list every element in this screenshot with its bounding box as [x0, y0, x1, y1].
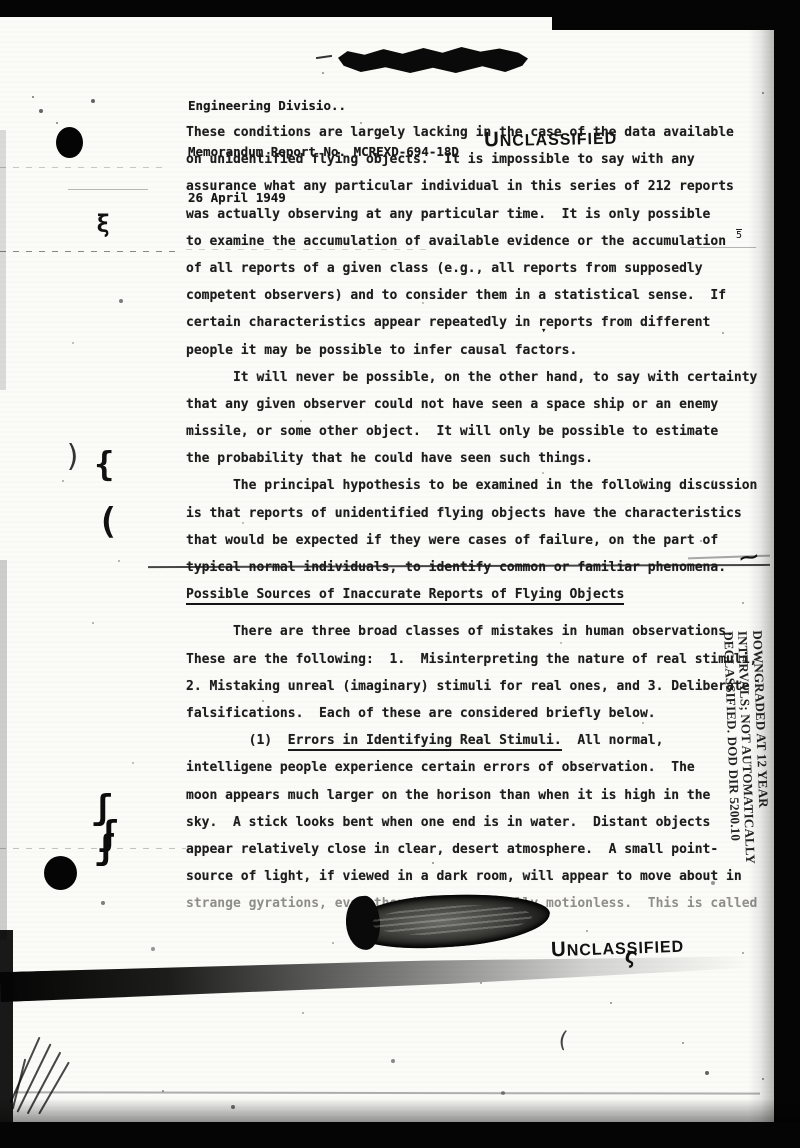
- text-line: source of light, if viewed in a dark roo…: [186, 863, 782, 890]
- text-line: that any given observer could not have s…: [186, 391, 782, 418]
- text-line: assurance what any particular individual…: [186, 173, 782, 200]
- punch-hole-bottom: [44, 856, 77, 890]
- text-line: intelligene people experience certain er…: [186, 754, 782, 781]
- text-line: There are three broad classes of mistake…: [186, 618, 782, 645]
- right-black-edge: [774, 0, 800, 1148]
- paragraph-4: There are three broad classes of mistake…: [186, 618, 782, 727]
- text-line: The principal hypothesis to be examined …: [186, 472, 782, 499]
- crease-line-right: [690, 247, 756, 248]
- item-1-line: (1) Errors in Identifying Real Stimuli. …: [186, 727, 782, 754]
- crease-line-3b: [186, 249, 426, 250]
- text-line: to examine the accumulation of available…: [186, 228, 782, 255]
- item-1-heading: Errors in Identifying Real Stimuli.: [288, 733, 562, 751]
- header-division: Engineering Divisio..: [188, 98, 459, 113]
- text-line: These conditions are largely lacking in …: [186, 119, 782, 146]
- text-line: competent observers) and to consider the…: [186, 282, 782, 309]
- text-line: These are the following: 1. Misinterpret…: [186, 646, 782, 673]
- text-line: the probability that he could have seen …: [186, 445, 782, 472]
- margin-ink-squiggle: ʃ: [92, 788, 112, 828]
- text-line: certain characteristics appear repeatedl…: [186, 309, 782, 336]
- crease-line-4: [0, 848, 186, 849]
- text-line: appear relatively close in clear, desert…: [186, 836, 782, 863]
- text-line: falsifications. Each of these are consid…: [186, 700, 782, 727]
- margin-paren-left-mark: (: [97, 504, 119, 540]
- text-line: sky. A stick looks bent when one end is …: [186, 809, 782, 836]
- paragraph-1: These conditions are largely lacking in …: [186, 119, 782, 364]
- text-line: that would be expected if they were case…: [186, 527, 782, 554]
- scanned-document-page: Engineering Divisio.. Memorandum Report …: [0, 0, 800, 1148]
- left-edge-shade-top: [0, 130, 6, 390]
- item-1-rest: All normal,: [562, 733, 664, 748]
- section-heading: Possible Sources of Inaccurate Reports o…: [186, 587, 624, 605]
- top-black-edge-right: [552, 0, 800, 30]
- text-line: 2. Mistaking unreal (imaginary) stimuli …: [186, 673, 782, 700]
- bottom-edge-fade: [0, 1098, 800, 1124]
- text-line: is that reports of unidentified flying o…: [186, 500, 782, 527]
- superscript-5-mark: 5: [736, 229, 742, 241]
- memo-body-text: These conditions are largely lacking in …: [186, 119, 782, 917]
- paragraph-5: intelligene people experience certain er…: [186, 754, 782, 890]
- left-edge-shade-mid: [0, 560, 7, 940]
- text-line: missile, or some other object. It will o…: [186, 418, 782, 445]
- text-line: moon appears much larger on the horison …: [186, 782, 782, 809]
- right-edge-fringe: [748, 0, 776, 1148]
- crease-line-1: [0, 167, 166, 168]
- text-line: on unidentified flying objects. It is im…: [186, 146, 782, 173]
- text-line: It will never be possible, on the other …: [186, 364, 782, 391]
- margin-paren-right-mark: ): [64, 442, 82, 472]
- text-line: was actually observing at any particular…: [186, 201, 782, 228]
- left-black-edge-bottom: [0, 930, 13, 1148]
- section-heading-line: Possible Sources of Inaccurate Reports o…: [186, 581, 782, 608]
- crease-line-3: [0, 251, 182, 252]
- text-line: people it may be possible to infer causa…: [186, 337, 782, 364]
- bottom-black-edge: [0, 1122, 800, 1148]
- margin-brace-mark-mid: {: [94, 448, 114, 482]
- margin-brace-mark-top: ξ: [96, 212, 110, 236]
- triangle-annotation-mark: ▾: [541, 327, 546, 336]
- item-1-number: (1): [186, 733, 288, 748]
- punch-hole-top: [56, 127, 83, 158]
- crease-line-2: [68, 189, 148, 190]
- text-line: of all reports of a given class (e.g., a…: [186, 255, 782, 282]
- paragraph-2: It will never be possible, on the other …: [186, 364, 782, 473]
